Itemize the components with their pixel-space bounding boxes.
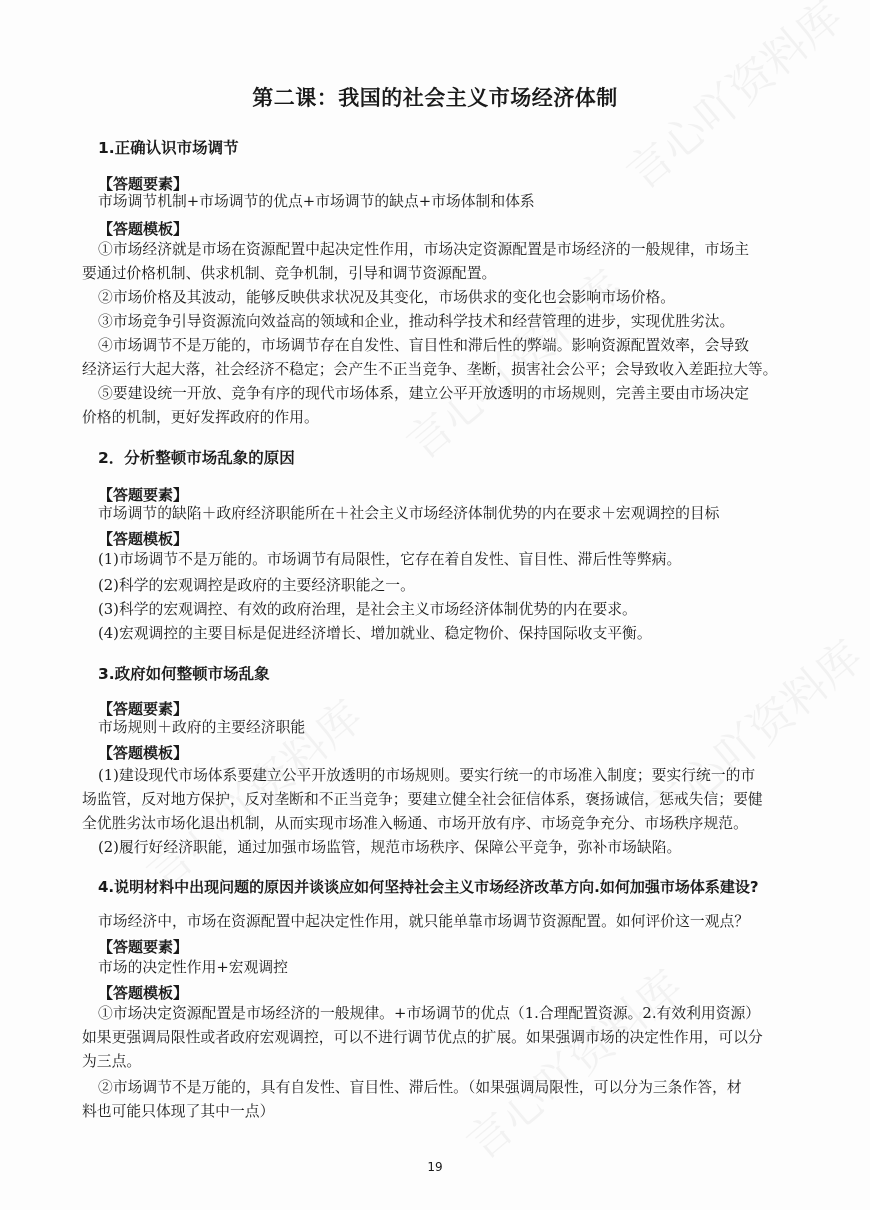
template-line: (1)建设现代市场体系要建立公平开放透明的市场规则。要实行统一的市场准入制度；要… — [98, 764, 755, 787]
template-line: (3)科学的宏观调控、有效的政府治理，是社会主义市场经济体制优势的内在要求。 — [98, 598, 637, 621]
answer-elements-text: 市场调节机制+市场调节的优点+市场调节的缺点+市场体制和体系 — [98, 190, 535, 213]
template-line: 经济运行大起大落，社会经济不稳定；会产生不正当竞争、垄断，损害社会公平；会导致收… — [82, 358, 777, 381]
section-heading-4: 4.说明材料中出现问题的原因并谈谈应如何坚持社会主义市场经济改革方向.如何加强市… — [98, 876, 759, 897]
answer-elements-text: 市场规则＋政府的主要经济职能 — [98, 716, 305, 739]
template-line: ⑤要建设统一开放、竞争有序的现代市场体系，建立公平开放透明的市场规则，完善主要由… — [98, 382, 749, 405]
document-page: 言心吖资料库 言心吖资料库 言心吖资料库 言心吖资料库 言心吖资料库 第二课：我… — [0, 0, 870, 1210]
template-line: (1)市场调节不是万能的。市场调节有局限性，它存在着自发性、盲目性、滞后性等弊病… — [98, 548, 681, 571]
template-line: (2)科学的宏观调控是政府的主要经济职能之一。 — [98, 574, 415, 597]
section-heading-3: 3.政府如何整顿市场乱象 — [98, 662, 270, 684]
template-line: (4)宏观调控的主要目标是促进经济增长、增加就业、稳定物价、保持国际收支平衡。 — [98, 622, 652, 645]
answer-template-label: 【答题模板】 — [98, 982, 188, 1003]
answer-template-label: 【答题模板】 — [98, 742, 188, 763]
template-line: ④市场调节不是万能的，市场调节存在自发性、盲目性和滞后性的弊端。影响资源配置效率… — [98, 334, 749, 357]
template-line: ①市场决定资源配置是市场经济的一般规律。+市场调节的优点（1.合理配置资源。2.… — [98, 1002, 760, 1025]
answer-template-label: 【答题模板】 — [98, 218, 188, 239]
answer-elements-text: 市场的决定性作用+宏观调控 — [98, 956, 288, 979]
template-line: ②市场价格及其波动，能够反映供求状况及其变化，市场供求的变化也会影响市场价格。 — [98, 286, 675, 309]
template-line: ①市场经济就是市场在资源配置中起决定性作用，市场决定资源配置是市场经济的一般规律… — [98, 238, 749, 261]
template-line: 料也可能只体现了其中一点） — [82, 1100, 274, 1123]
template-line: ②市场调节不是万能的，具有自发性、盲目性、滞后性。（如果强调局限性，可以分为三条… — [98, 1076, 742, 1099]
template-line: ③市场竞争引导资源流向效益高的领域和企业，推动科学技术和经营管理的进步，实现优胜… — [98, 310, 734, 333]
section-heading-1: 1.正确认识市场调节 — [98, 136, 239, 158]
page-number: 19 — [0, 1160, 870, 1174]
template-line: 要通过价格机制、供求机制、竞争机制，引导和调节资源配置。 — [82, 262, 496, 285]
template-line: (2)履行好经济职能，通过加强市场监管，规范市场秩序、保障公平竞争，弥补市场缺陷… — [98, 836, 681, 859]
answer-elements-label: 【答题要素】 — [98, 936, 188, 957]
question-text: 市场经济中，市场在资源配置中起决定性作用，就只能单靠市场调节资源配置。如何评价这… — [98, 910, 749, 933]
section-heading-2: 2．分析整顿市场乱象的原因 — [98, 446, 295, 468]
template-line: 如果更强调局限性或者政府宏观调控，可以不进行调节优点的扩展。如果强调市场的决定性… — [82, 1026, 763, 1049]
watermark: 言心吖资料库 — [450, 953, 693, 1172]
answer-template-label: 【答题模板】 — [98, 528, 188, 549]
template-line: 场监管，反对地方保护，反对垄断和不正当竞争；要建立健全社会征信体系，褒扬诚信，惩… — [82, 788, 763, 811]
template-line: 全优胜劣汰市场化退出机制，从而实现市场准入畅通、市场开放有序、市场竞争充分、市场… — [82, 812, 748, 835]
page-title: 第二课：我国的社会主义市场经济体制 — [0, 82, 870, 112]
template-line: 为三点。 — [82, 1050, 141, 1073]
template-line: 价格的机制，更好发挥政府的作用。 — [82, 406, 319, 429]
answer-elements-text: 市场调节的缺陷＋政府经济职能所在＋社会主义市场经济体制优势的内在要求＋宏观调控的… — [98, 502, 719, 525]
